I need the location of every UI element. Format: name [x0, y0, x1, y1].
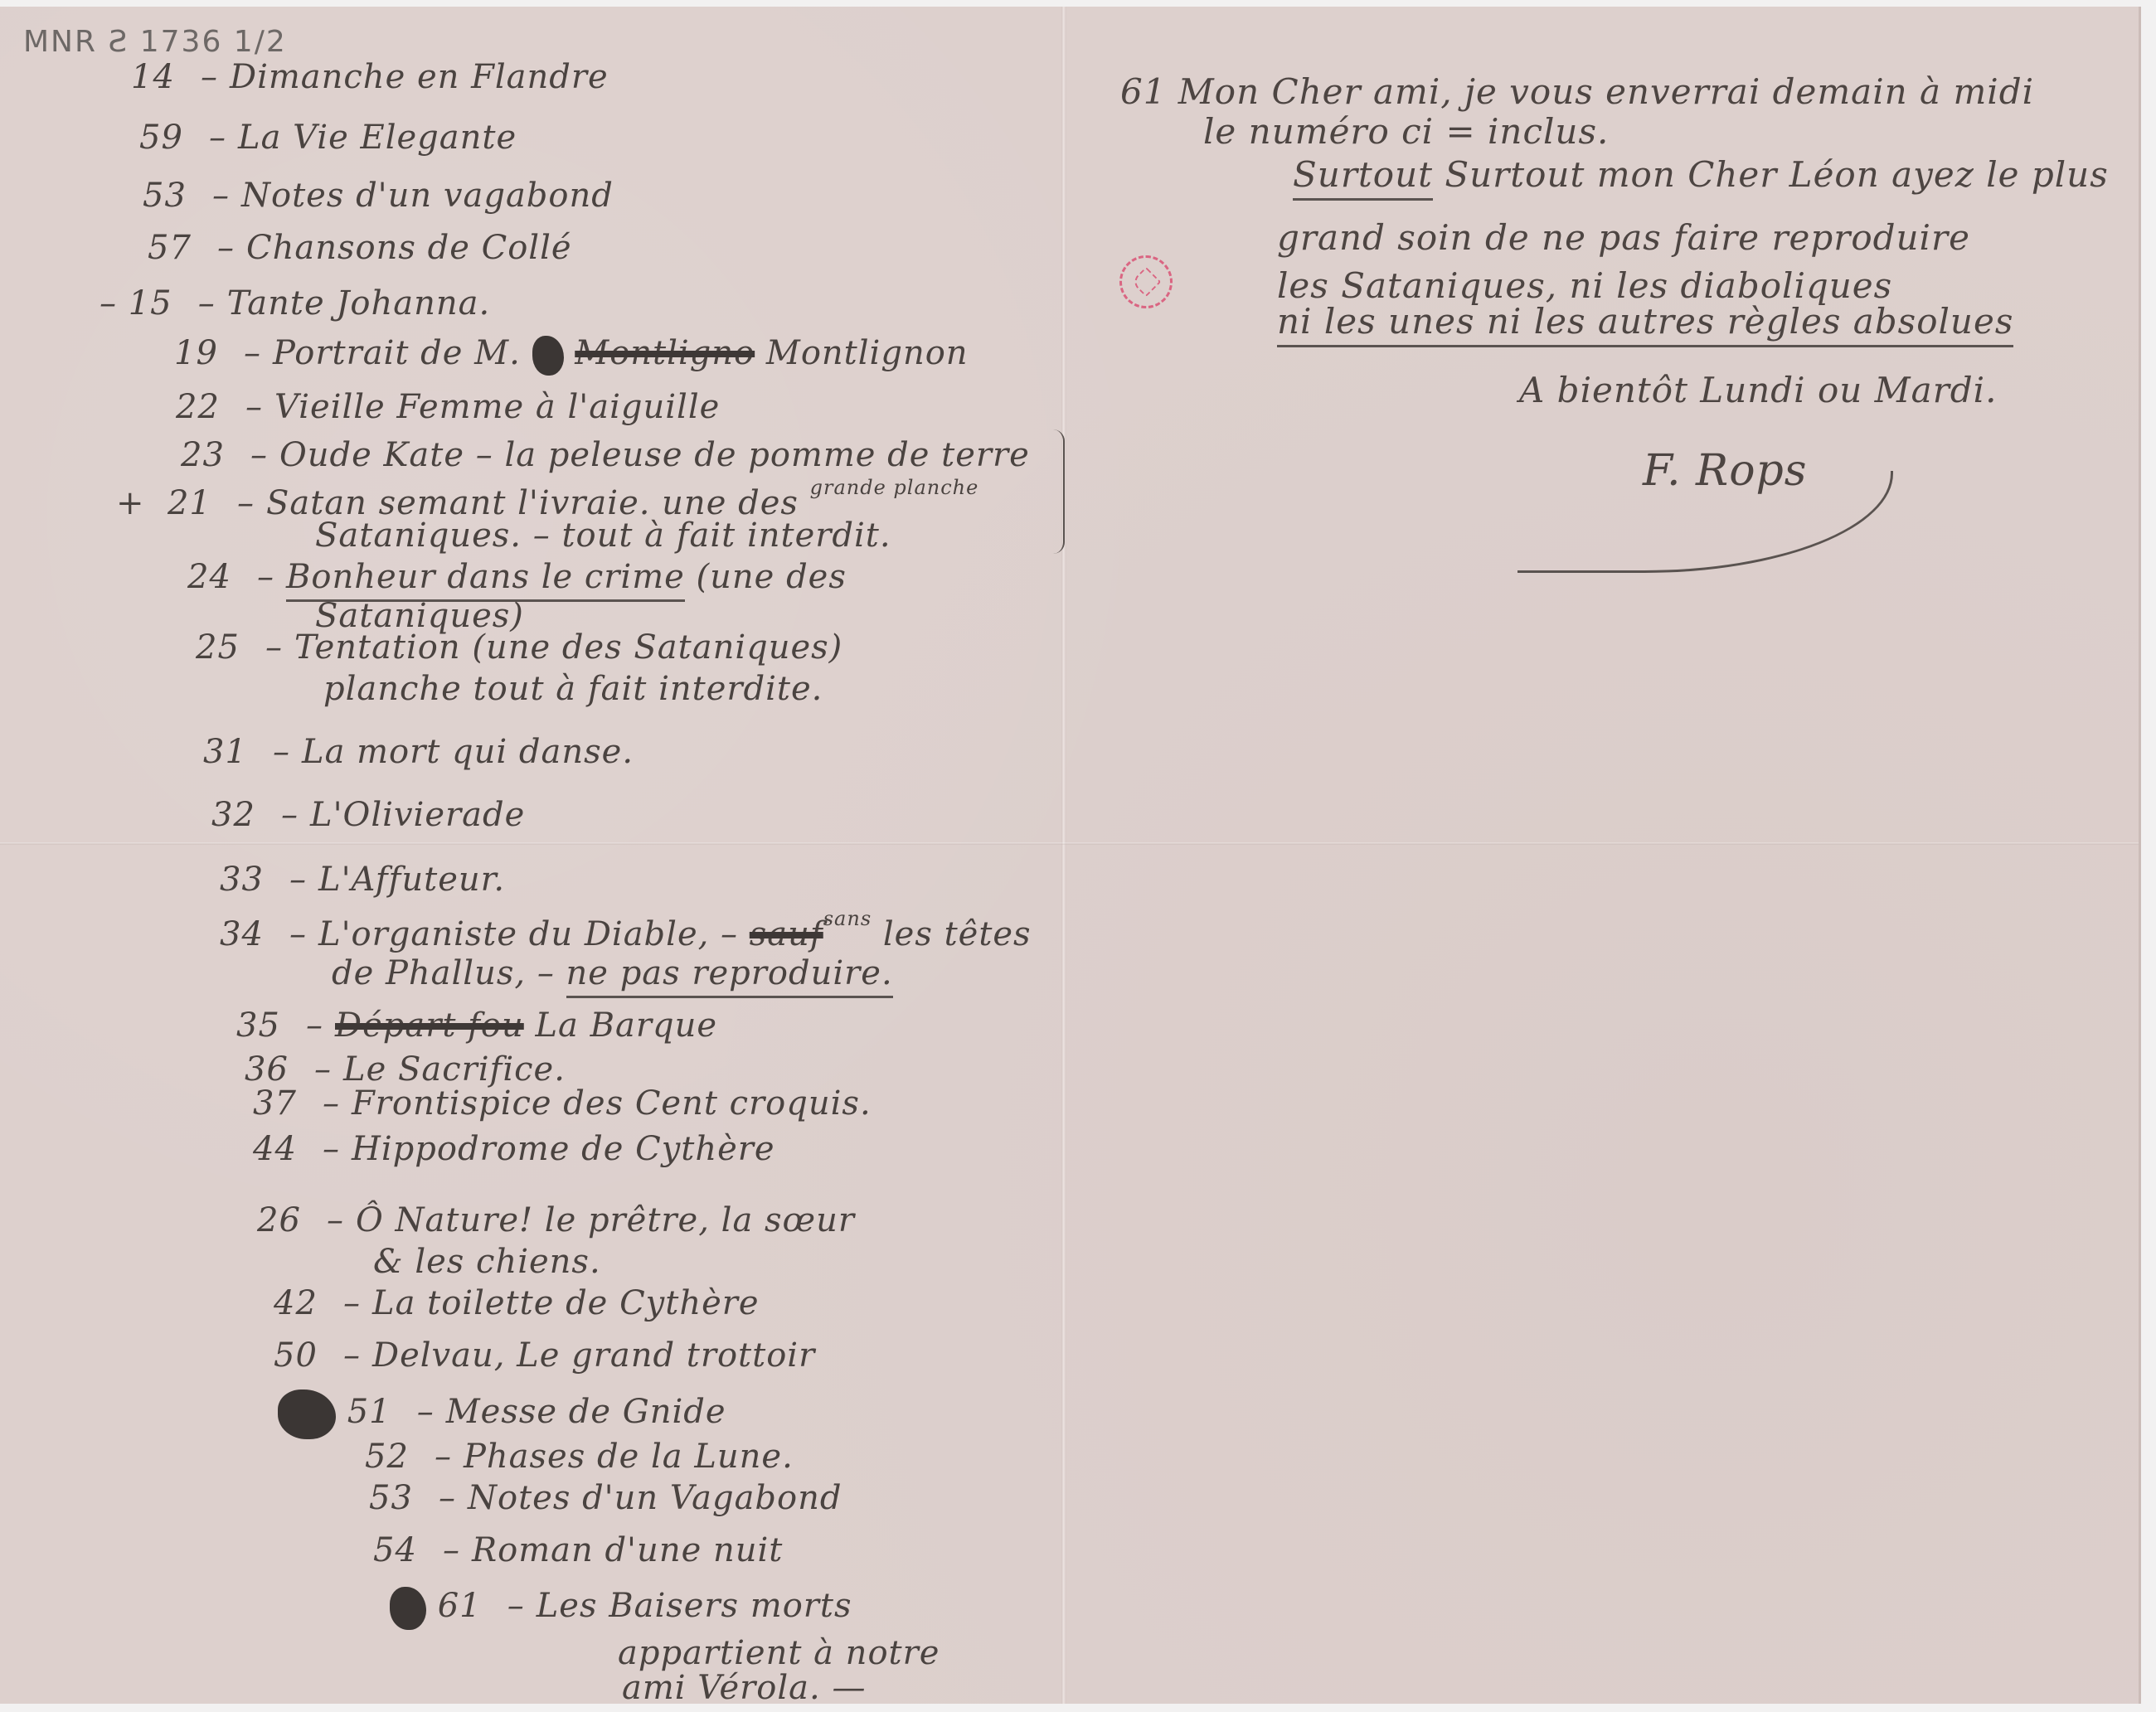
list-item-continuation: planche tout à fait interdite. [323, 670, 823, 708]
letter-line: ni les unes ni les autres règles absolue… [1277, 301, 2013, 347]
list-item: – 15–Tante Johanna. [100, 284, 490, 323]
archive-mark: MNR Ƨ 1736 1/2 [23, 25, 287, 59]
list-item: 57–Chansons de Collé [148, 229, 572, 267]
list-item-continuation: Sataniques. – tout à fait interdit. [315, 517, 891, 555]
list-item: 51–Messe de Gnide [278, 1389, 726, 1439]
letter-line: les Sataniques, ni les diaboliques [1277, 265, 1892, 306]
list-item: 33–L'Affuteur. [220, 861, 505, 899]
list-item: 35–Départ fou La Barque [236, 1006, 717, 1045]
list-item: 32–L'Olivierade [211, 796, 525, 834]
ink-blot [390, 1587, 426, 1630]
list-item-continuation: de Phallus, – ne pas reproduire. [332, 954, 893, 992]
letter-line: le numéro ci = inclus. [1203, 111, 1609, 152]
list-item: 36–Le Sacrifice. [245, 1050, 566, 1089]
letter-sheet: MNR Ƨ 1736 1/2 14–Dimanche en Flandre 59… [0, 7, 2141, 1704]
paper-edge [2139, 7, 2141, 1704]
list-item: 61–Les Baisers morts [390, 1587, 852, 1630]
margin-bracket [1053, 429, 1065, 554]
stamp-shield-icon [1131, 267, 1162, 298]
list-item: 14–Dimanche en Flandre [131, 58, 609, 96]
list-item: 19–Portrait de M. Montligno Montlignon [174, 334, 969, 376]
list-item: 53–Notes d'un Vagabond [369, 1479, 842, 1517]
list-item: 53–Notes d'un vagabond [143, 177, 614, 215]
list-item-continuation: & les chiens. [373, 1243, 601, 1281]
list-item: 25–Tentation (une des Sataniques) [196, 628, 842, 667]
list-item: 50–Delvau, Le grand trottoir [274, 1336, 815, 1375]
list-item: 23–Oude Kate – la peleuse de pomme de te… [181, 436, 1030, 474]
left-page: MNR Ƨ 1736 1/2 14–Dimanche en Flandre 59… [0, 7, 1064, 1704]
letter-line: grand soin de ne pas faire reproduire [1277, 217, 1970, 258]
list-item: 42–La toilette de Cythère [274, 1284, 760, 1322]
ink-blot [278, 1389, 336, 1439]
list-item: 54–Roman d'une nuit [373, 1531, 783, 1569]
letter-line: Surtout Surtout mon Cher Léon ayez le pl… [1293, 154, 2109, 195]
list-item: 26–Ô Nature! le prêtre, la sœur [257, 1201, 855, 1239]
signature-flourish [1517, 471, 1893, 573]
list-item: 24–Bonheur dans le crime (une des [187, 558, 847, 596]
list-item: 31–La mort qui danse. [203, 733, 634, 771]
list-item: 34–L'organiste du Diable, – saufsans les… [220, 915, 1032, 953]
library-stamp [1119, 255, 1173, 308]
list-item-continuation: appartient à notre [618, 1634, 940, 1672]
list-item: 44–Hippodrome de Cythère [253, 1130, 775, 1168]
letter-line: 61 Mon Cher ami, je vous enverrai demain… [1120, 71, 2034, 112]
list-item: 52–Phases de la Lune. [365, 1438, 794, 1476]
list-item: 22–Vieille Femme à l'aiguille [176, 388, 720, 426]
list-item: 37–Frontispice des Cent croquis. [253, 1084, 872, 1123]
list-item-continuation: ami Vérola. — [622, 1669, 866, 1707]
ink-blot [532, 336, 564, 376]
list-item: 59–La Vie Elegante [139, 119, 517, 157]
closing-line: A bientôt Lundi ou Mardi. [1519, 370, 1997, 410]
